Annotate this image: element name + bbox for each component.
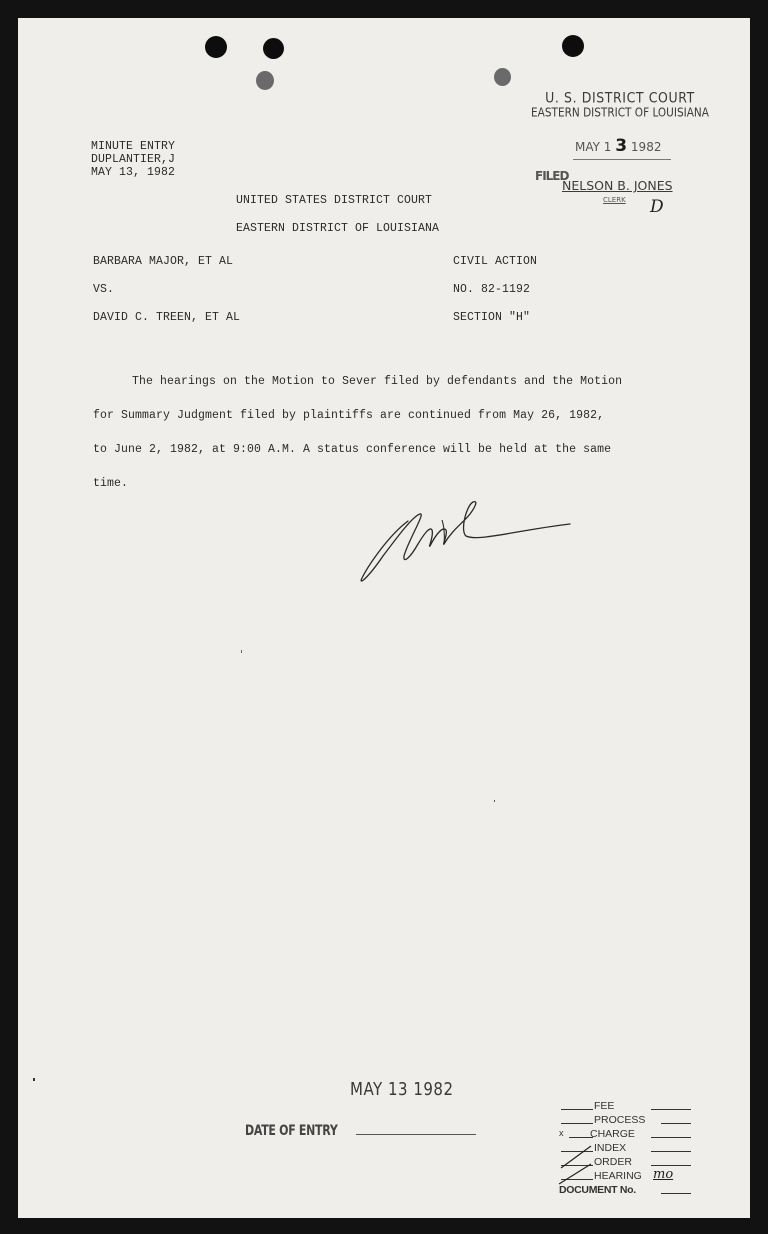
filed-date-stamp: MAY 1 3 1982: [573, 136, 671, 160]
stray-mark: [241, 650, 242, 653]
court-name: UNITED STATES DISTRICT COURT: [236, 194, 432, 207]
entry-date: MAY 13, 1982: [91, 166, 175, 179]
stray-mark: [33, 1078, 35, 1081]
punch-hole: [205, 36, 227, 58]
checklist-item-fee: FEE: [557, 1100, 697, 1114]
check-mark: x: [559, 1128, 564, 1138]
defendant: DAVID C. TREEN, ET AL: [93, 311, 240, 324]
section: SECTION "H": [453, 311, 530, 324]
signature: [348, 486, 588, 586]
checklist-item-process: PROCESS: [557, 1114, 697, 1128]
minute-entry-header: MINUTE ENTRY DUPLANTIER,J MAY 13, 1982: [91, 140, 175, 179]
punch-hole: [263, 38, 284, 59]
plaintiff: BARBARA MAJOR, ET AL: [93, 255, 233, 268]
stamp-district-line: EASTERN DISTRICT OF LOUISIANA: [510, 106, 730, 120]
punch-hole: [562, 35, 584, 57]
court-filing-stamp: U. S. DISTRICT COURT EASTERN DISTRICT OF…: [510, 90, 730, 119]
body-line: The hearings on the Motion to Sever file…: [93, 365, 653, 399]
clerk-name: NELSON B. JONES: [562, 178, 673, 193]
clerk-title: CLERK: [603, 196, 626, 204]
check-slashes: [557, 1138, 617, 1188]
hearing-initials: mo: [653, 1167, 673, 1182]
action-type: CIVIL ACTION: [453, 255, 537, 268]
punch-hole-faint: [256, 71, 274, 90]
punch-hole-faint: [494, 68, 511, 86]
body-line: to June 2, 1982, at 9:00 A.M. A status c…: [93, 433, 653, 467]
entry-type: MINUTE ENTRY: [91, 140, 175, 153]
clerk-initial: D: [650, 197, 664, 217]
body-line: for Summary Judgment filed by plaintiffs…: [93, 399, 653, 433]
filed-date-prefix: MAY 1: [575, 140, 611, 154]
order-body: The hearings on the Motion to Sever file…: [93, 365, 653, 501]
case-number: NO. 82-1192: [453, 283, 530, 296]
filed-date-day: 3: [615, 136, 627, 156]
entry-date-stamp: MAY 13 1982: [350, 1078, 454, 1100]
stray-mark: [494, 800, 495, 802]
judge-name: DUPLANTIER,J: [91, 153, 175, 166]
document-page: MINUTE ENTRY DUPLANTIER,J MAY 13, 1982 U…: [18, 18, 750, 1218]
stamp-court-line: U. S. DISTRICT COURT: [510, 89, 730, 106]
entry-date-line: [356, 1134, 476, 1135]
docket-checklist: FEE PROCESS x CHARGE INDEX ORDER HEARING: [557, 1100, 697, 1198]
court-district: EASTERN DISTRICT OF LOUISIANA: [236, 222, 439, 235]
entry-date-label: DATE OF ENTRY: [245, 1122, 338, 1138]
filed-date-year: 1982: [631, 140, 662, 154]
versus: VS.: [93, 283, 114, 296]
